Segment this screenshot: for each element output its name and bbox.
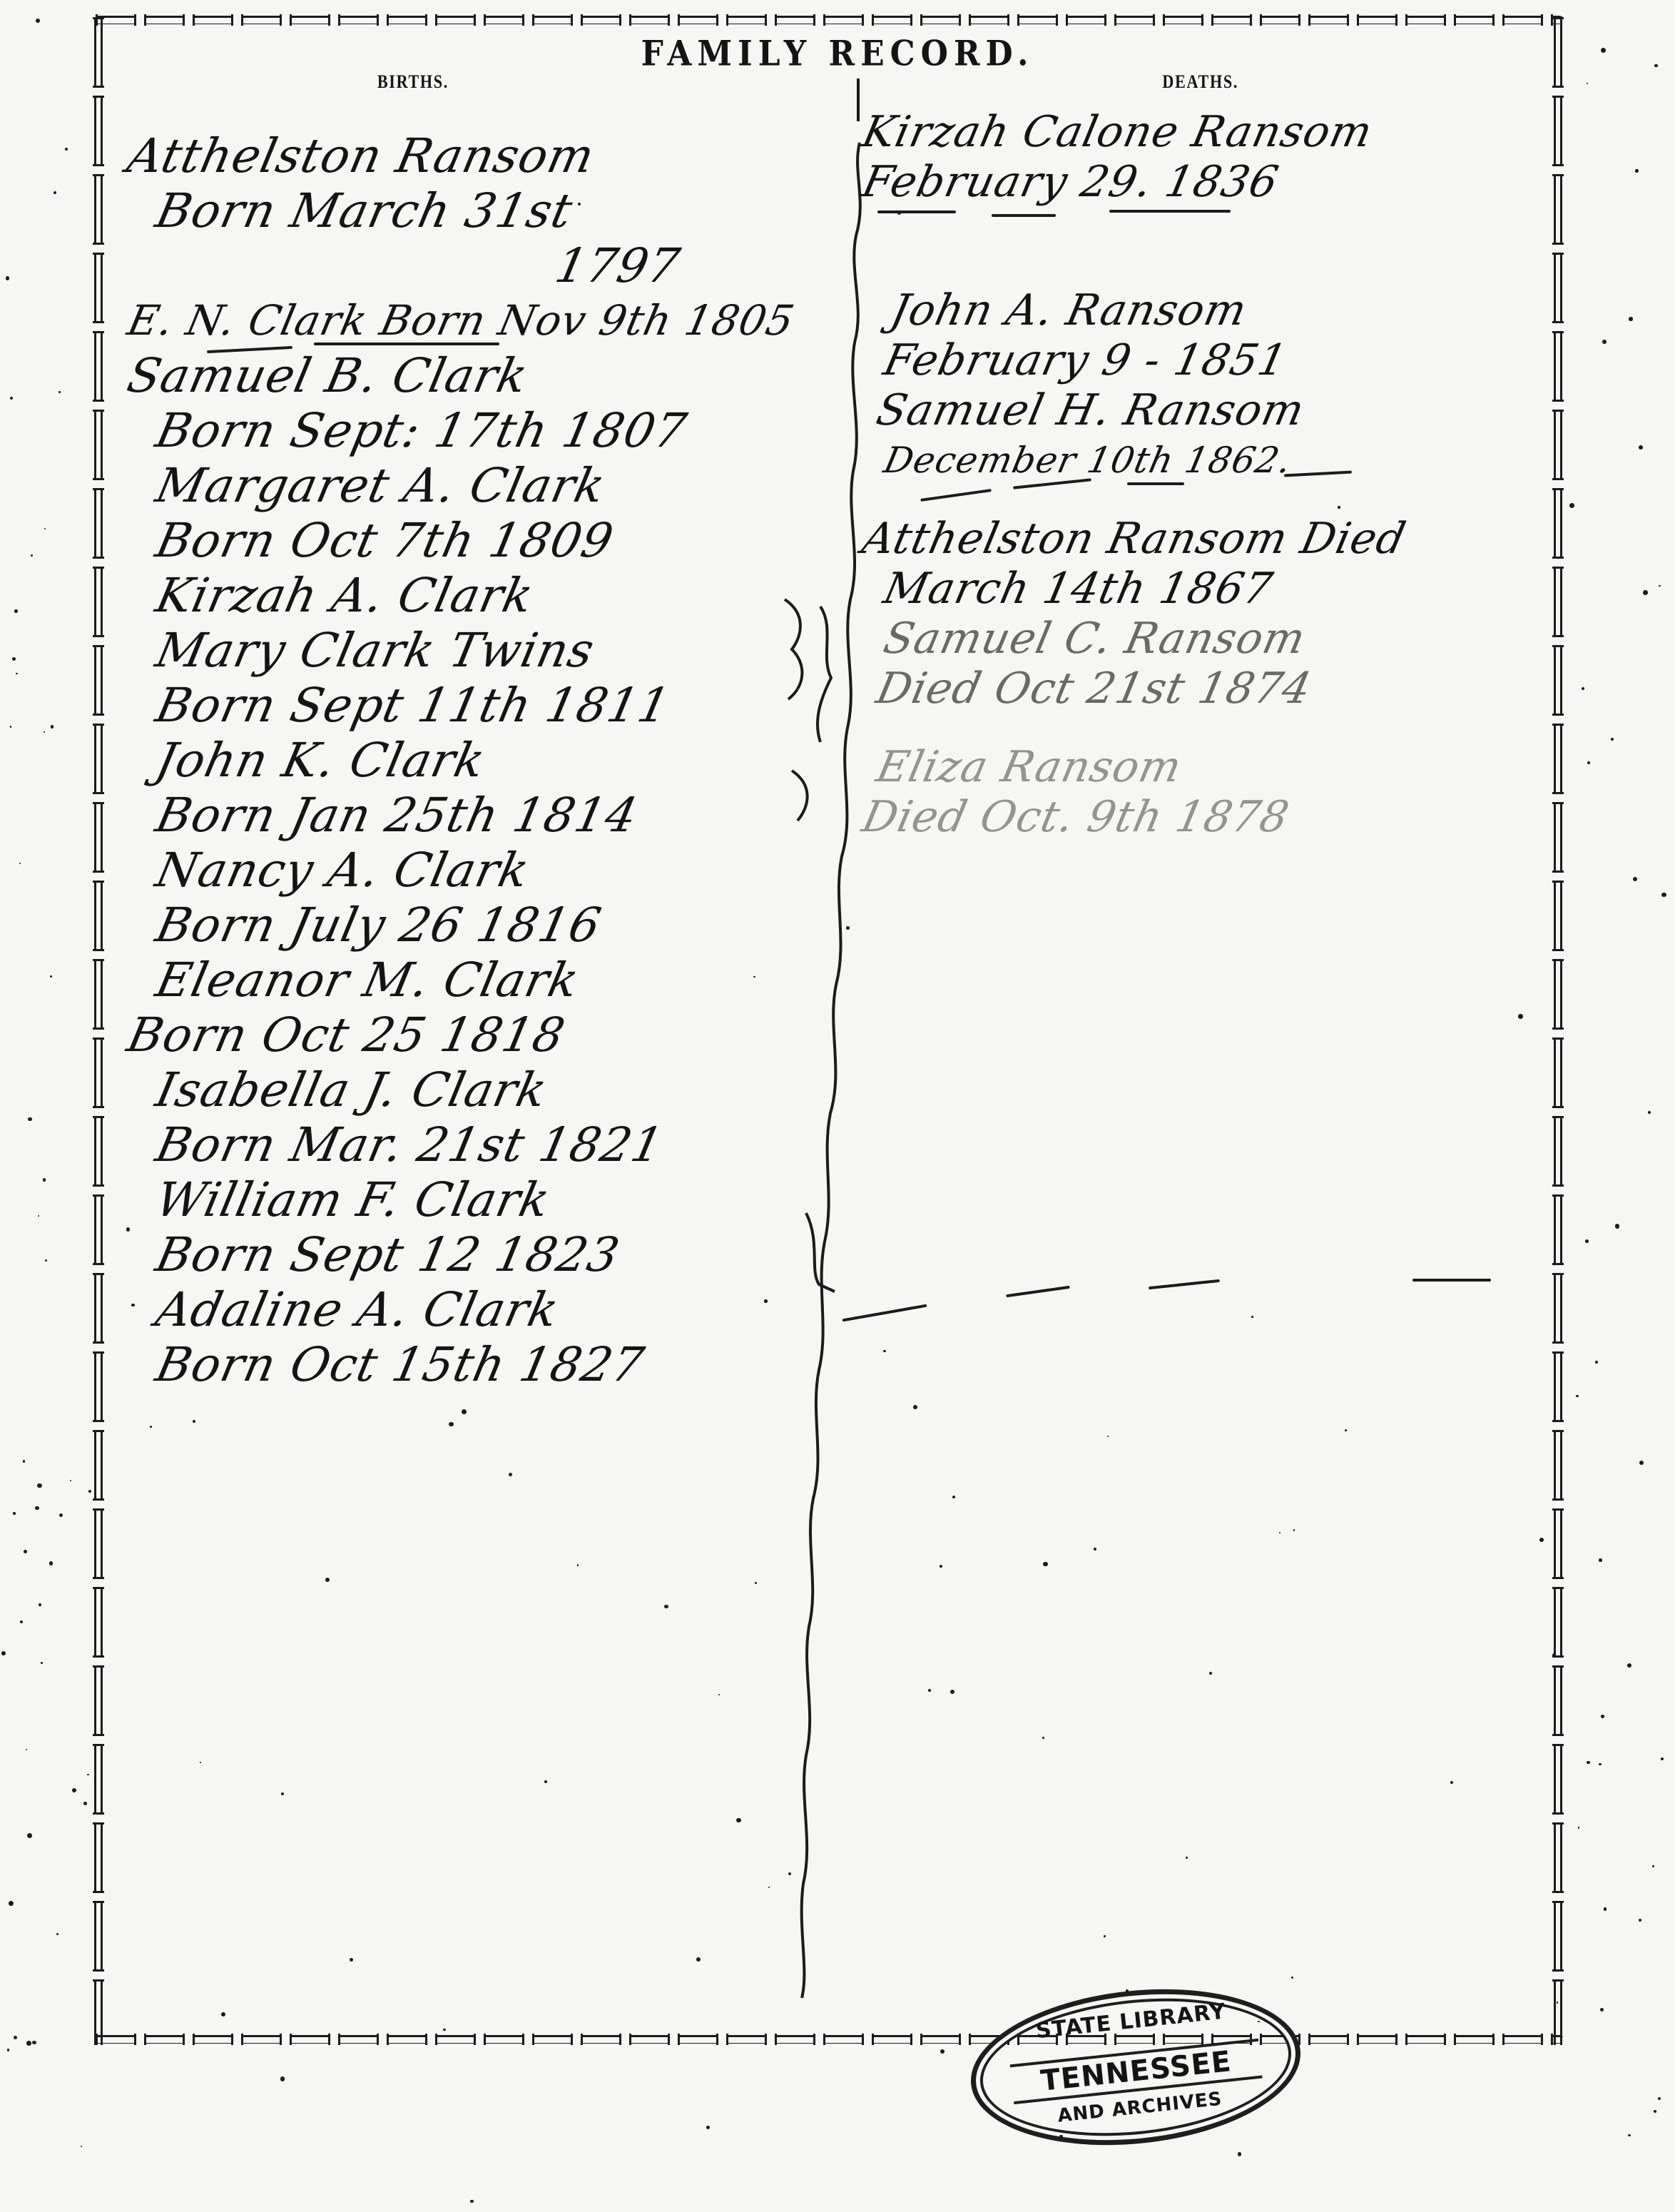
scan-speck <box>88 1490 91 1493</box>
scan-speck <box>664 1605 668 1609</box>
scan-speck <box>49 1561 53 1565</box>
birth-entry: Mary Clark Twins <box>123 623 847 678</box>
scan-speck <box>1601 48 1606 53</box>
scan-speck <box>59 1513 63 1517</box>
scan-speck <box>1585 1239 1588 1242</box>
birth-entry-date: Born March 31st <box>123 183 847 238</box>
scan-speck <box>1635 169 1638 172</box>
scan-speck <box>83 1802 87 1805</box>
death-entry-date: Died Oct. 9th 1878 <box>858 792 1554 842</box>
birth-entry: Eleanor M. Clark <box>123 953 847 1008</box>
border-bottom <box>93 2034 1564 2045</box>
scan-speck <box>1648 1111 1651 1114</box>
scan-speck <box>462 1409 467 1414</box>
scan-speck <box>1595 1361 1598 1364</box>
scan-speck <box>39 1603 41 1606</box>
scan-speck <box>1043 1562 1048 1567</box>
scan-speck <box>1652 1865 1654 1867</box>
birth-entry-year: 1797 <box>123 238 847 293</box>
scan-speck <box>12 657 16 661</box>
scan-speck <box>50 975 51 977</box>
border-top <box>93 14 1564 26</box>
scan-speck <box>280 2076 285 2081</box>
scan-speck <box>1338 506 1340 509</box>
scan-speck <box>37 1483 42 1488</box>
border-left <box>93 14 104 2045</box>
scan-speck <box>1658 2097 1661 2100</box>
birth-entry-date: Born Sept 11th 1811 <box>123 678 847 733</box>
scan-speck <box>43 1178 46 1182</box>
scan-speck <box>1604 1907 1607 1911</box>
births-heading: BIRTHS. <box>377 71 449 93</box>
death-entry-date: March 14th 1867 <box>858 564 1554 614</box>
birth-entry: Margaret A. Clark <box>123 458 847 513</box>
scan-speck <box>928 1689 931 1692</box>
scan-speck <box>131 1304 134 1307</box>
scan-speck <box>70 1480 71 1481</box>
scan-speck <box>1238 2152 1242 2156</box>
scan-speck <box>788 1872 791 1875</box>
scan-speck <box>1639 1461 1644 1465</box>
scan-speck <box>281 1792 284 1795</box>
page-title: FAMILY RECORD. <box>0 34 1675 73</box>
scan-speck <box>45 1259 47 1262</box>
scan-speck <box>1654 2110 1656 2113</box>
scan-speck <box>13 1512 15 1514</box>
scan-speck <box>38 1215 39 1217</box>
scan-speck <box>44 528 46 529</box>
scan-speck <box>1587 1761 1590 1765</box>
scan-speck <box>1059 2135 1063 2139</box>
birth-entry-date: Born Sept 12 1823 <box>123 1227 847 1282</box>
scan-speck <box>221 2012 225 2016</box>
scan-speck <box>72 1788 76 1792</box>
birth-entry: Samuel B. Clark <box>123 348 847 403</box>
death-entry-date: Died Oct 21st 1874 <box>858 664 1554 714</box>
scan-speck <box>577 1564 579 1566</box>
scan-speck <box>7 2049 9 2051</box>
death-entry: John A. Ransom <box>858 285 1554 335</box>
birth-entry: Nancy A. Clark <box>123 843 847 898</box>
scan-speck <box>1633 877 1637 881</box>
scan-speck <box>1628 2134 1630 2136</box>
scan-speck <box>1602 340 1607 344</box>
scan-speck <box>940 2049 945 2054</box>
deaths-heading: DEATHS. <box>1162 71 1238 93</box>
scan-speck <box>1578 1827 1579 1828</box>
birth-entry-date: Born Oct 15th 1827 <box>123 1337 847 1392</box>
scan-speck <box>940 1565 942 1568</box>
scan-speck <box>1639 445 1643 450</box>
death-entry: Kirzah Calone Ransom <box>858 107 1554 157</box>
death-entry-date: February 29. 1836 <box>858 157 1554 207</box>
deaths-list: Kirzah Calone Ransom February 29. 1836 J… <box>863 107 1548 842</box>
birth-entry-date: Born Oct 25 1818 <box>123 1008 847 1062</box>
death-entry-date: December 10th 1862. <box>858 435 1554 485</box>
scan-speck <box>524 1018 527 1021</box>
death-entry: Eliza Ransom <box>858 742 1554 792</box>
scan-speck <box>1557 2002 1558 2003</box>
scan-speck <box>6 276 9 280</box>
scan-speck <box>27 1833 32 1838</box>
scan-speck <box>1600 2008 1604 2011</box>
scan-speck <box>14 609 17 612</box>
scan-speck <box>449 1422 453 1426</box>
births-list: Atthelston Ransom Born March 31st 1797 E… <box>128 128 842 1392</box>
scan-speck <box>1599 1763 1602 1766</box>
scan-speck <box>14 2036 17 2039</box>
birth-entry: William F. Clark <box>123 1172 847 1227</box>
scan-speck <box>1643 590 1648 595</box>
birth-entry: E. N. Clark Born Nov 9th 1805 <box>123 293 847 348</box>
scan-speck <box>81 2146 83 2148</box>
scan-speck <box>20 1620 23 1623</box>
scan-speck <box>753 976 755 978</box>
scan-speck <box>1104 1935 1106 1937</box>
scanned-family-record-page: FAMILY RECORD. BIRTHS. DEATHS. Atthelsto… <box>0 0 1675 2212</box>
scan-speck <box>1659 585 1660 587</box>
birth-entry-date: Born Sept: 17th 1807 <box>123 403 847 458</box>
scan-speck <box>35 1506 39 1510</box>
border-right <box>1552 14 1564 2045</box>
scan-speck <box>26 1749 28 1751</box>
scan-speck <box>1611 738 1614 741</box>
scan-speck <box>1661 893 1666 897</box>
birth-entry: Kirzah A. Clark <box>123 568 847 623</box>
scan-speck <box>51 725 54 729</box>
scan-speck <box>44 731 45 733</box>
death-entry: Samuel H. Ransom <box>858 385 1554 435</box>
scan-speck <box>9 1901 14 1906</box>
scan-speck <box>54 191 56 194</box>
birth-entry-date: Born Oct 7th 1809 <box>123 513 847 568</box>
scan-speck <box>1615 1224 1620 1229</box>
scan-speck <box>26 2041 31 2046</box>
birth-entry: John K. Clark <box>123 733 847 788</box>
scan-speck <box>32 2041 36 2045</box>
scan-speck <box>1629 317 1632 320</box>
scan-speck <box>1587 761 1590 764</box>
scan-speck <box>470 2200 473 2203</box>
scan-speck <box>41 1662 43 1664</box>
scan-speck <box>1450 1781 1453 1784</box>
scan-speck <box>1587 83 1588 84</box>
scan-speck <box>1518 1014 1523 1019</box>
scan-speck <box>1569 503 1574 508</box>
scan-speck <box>58 391 60 392</box>
scan-speck <box>31 554 33 557</box>
scan-speck <box>24 1550 27 1553</box>
scan-speck <box>28 1117 32 1122</box>
scan-speck <box>1539 1538 1544 1542</box>
death-entry: Samuel C. Ransom <box>858 614 1554 664</box>
scan-speck <box>1661 1757 1664 1760</box>
birth-entry-date: Born Mar. 21st 1821 <box>123 1117 847 1172</box>
scan-speck <box>1094 1548 1096 1551</box>
scan-speck <box>56 1933 58 1935</box>
scan-speck <box>1107 1436 1109 1437</box>
scan-speck <box>36 19 40 23</box>
scan-speck <box>87 1774 88 1775</box>
death-entry: Atthelston Ransom Died <box>858 514 1554 564</box>
scan-speck <box>1186 1857 1188 1859</box>
birth-entry: Isabella J. Clark <box>123 1062 847 1117</box>
scan-speck <box>1 1651 6 1655</box>
birth-entry-date: Born Jan 25th 1814 <box>123 788 847 843</box>
scan-speck <box>23 1460 26 1463</box>
birth-entry: Atthelston Ransom <box>123 128 847 183</box>
scan-speck <box>736 1818 741 1823</box>
scan-speck <box>764 1299 767 1302</box>
scan-speck <box>150 1426 152 1428</box>
scan-speck <box>1599 1558 1602 1562</box>
scan-speck <box>768 1887 770 1888</box>
scan-speck <box>19 863 21 864</box>
scan-speck <box>1251 1316 1253 1317</box>
scan-speck <box>706 2126 710 2129</box>
scan-speck <box>65 148 68 151</box>
scan-speck <box>1293 1529 1295 1531</box>
scan-speck <box>1582 687 1584 690</box>
scan-speck <box>16 673 17 674</box>
scan-speck <box>1601 1715 1604 1718</box>
underline-rule <box>1412 1279 1491 1282</box>
scan-speck <box>126 1227 130 1231</box>
scan-speck <box>193 1420 195 1423</box>
scan-speck <box>10 726 12 728</box>
scan-speck <box>846 926 850 930</box>
scan-speck <box>1627 1663 1632 1668</box>
birth-entry: Adaline A. Clark <box>123 1282 847 1337</box>
death-entry-date: February 9 - 1851 <box>858 335 1554 385</box>
birth-entry-date: Born July 26 1816 <box>123 898 847 953</box>
scan-speck <box>1576 1395 1579 1398</box>
scan-speck <box>10 397 13 400</box>
scan-speck <box>1639 1919 1641 1922</box>
